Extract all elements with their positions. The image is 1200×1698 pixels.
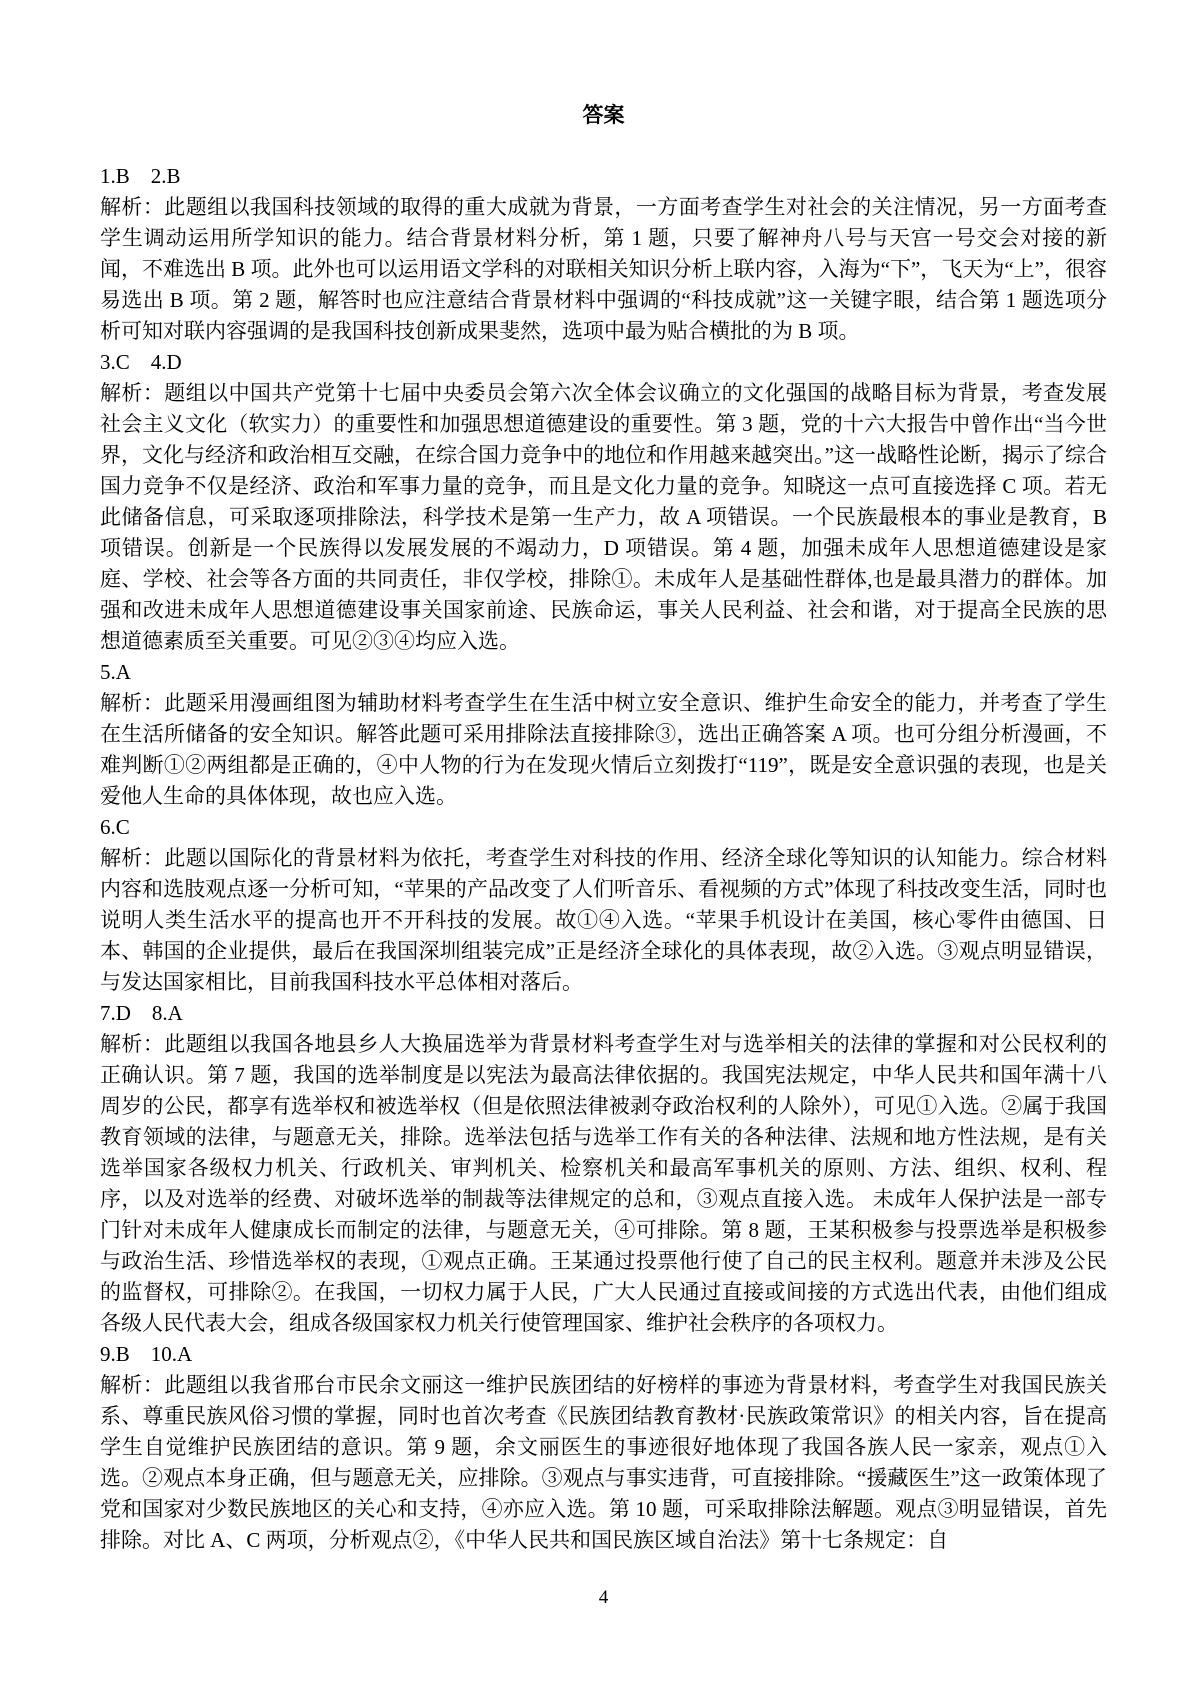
document-page: 答案 1.B 2.B 解析：此题组以我国科技领域的取得的重大成就为背景，一方面考… [0,0,1200,1698]
explanation-text: 解析：题组以中国共产党第十七届中央委员会第六次全体会议确立的文化强国的战略目标为… [100,378,1107,657]
answer-line: 1.B 2.B [100,161,1107,192]
answer-section-2: 3.C 4.D 解析：题组以中国共产党第十七届中央委员会第六次全体会议确立的文化… [100,347,1107,657]
answer-section-1: 1.B 2.B 解析：此题组以我国科技领域的取得的重大成就为背景，一方面考查学生… [100,161,1107,347]
explanation-text: 解析：此题组以我省邢台市民余文丽这一维护民族团结的好榜样的事迹为背景材料，考查学… [100,1370,1107,1556]
explanation-text: 解析：此题以国际化的背景材料为依托，考查学生对科技的作用、经济全球化等知识的认知… [100,843,1107,998]
answer-line: 7.D 8.A [100,998,1107,1029]
page-number: 4 [100,1584,1107,1612]
explanation-text: 解析：此题采用漫画组图为辅助材料考查学生在生活中树立安全意识、维护生命安全的能力… [100,688,1107,812]
page-title: 答案 [100,100,1107,131]
answer-section-4: 6.C 解析：此题以国际化的背景材料为依托，考查学生对科技的作用、经济全球化等知… [100,812,1107,998]
answer-line: 5.A [100,657,1107,688]
answer-line: 6.C [100,812,1107,843]
answer-section-3: 5.A 解析：此题采用漫画组图为辅助材料考查学生在生活中树立安全意识、维护生命安… [100,657,1107,812]
answer-line: 3.C 4.D [100,347,1107,378]
answer-line: 9.B 10.A [100,1339,1107,1370]
answer-section-5: 7.D 8.A 解析：此题组以我国各地县乡人大换届选举为背景材料考查学生对与选举… [100,998,1107,1339]
answer-section-6: 9.B 10.A 解析：此题组以我省邢台市民余文丽这一维护民族团结的好榜样的事迹… [100,1339,1107,1556]
explanation-text: 解析：此题组以我国科技领域的取得的重大成就为背景，一方面考查学生对社会的关注情况… [100,192,1107,347]
explanation-text: 解析：此题组以我国各地县乡人大换届选举为背景材料考查学生对与选举相关的法律的掌握… [100,1029,1107,1339]
